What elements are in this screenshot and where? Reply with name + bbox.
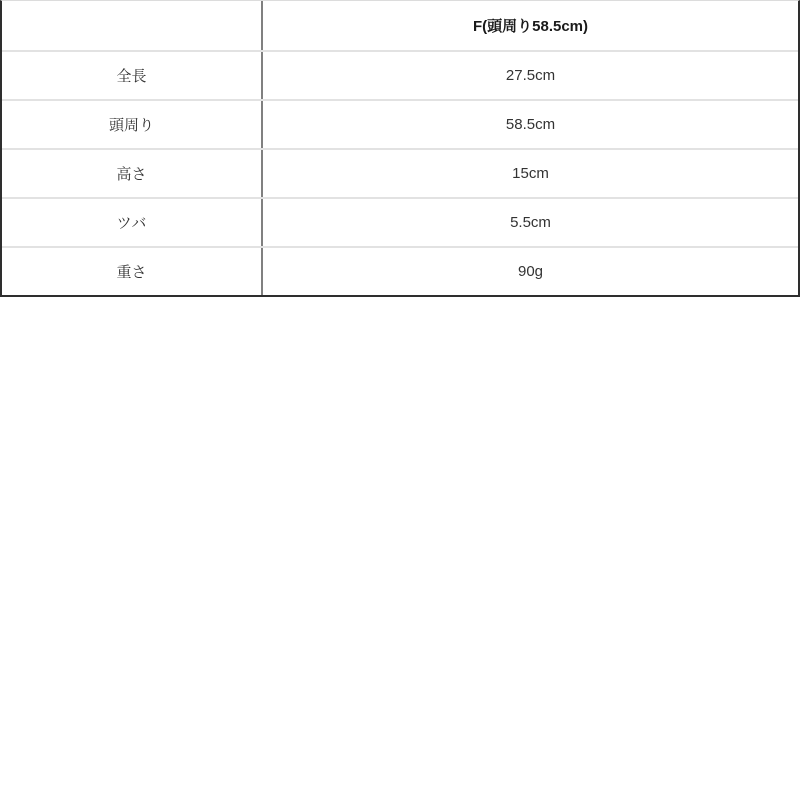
table-row: 重さ 90g — [2, 246, 798, 295]
row-value-cell: 5.5cm — [263, 199, 798, 246]
row-value-cell: 15cm — [263, 150, 798, 197]
row-value-cell: 58.5cm — [263, 101, 798, 148]
header-label-cell — [2, 1, 263, 50]
row-label-cell: 重さ — [2, 248, 263, 295]
row-label-cell: ツバ — [2, 199, 263, 246]
row-label-cell: 全長 — [2, 52, 263, 99]
table-header-row: F(頭周り58.5cm) — [2, 1, 798, 50]
table-row: 全長 27.5cm — [2, 50, 798, 99]
header-value-cell: F(頭周り58.5cm) — [263, 1, 798, 50]
table-row: 頭周り 58.5cm — [2, 99, 798, 148]
row-value-cell: 90g — [263, 248, 798, 295]
page: F(頭周り58.5cm) 全長 27.5cm 頭周り 58.5cm 高さ 15c… — [0, 0, 800, 800]
row-value-cell: 27.5cm — [263, 52, 798, 99]
row-label-cell: 頭周り — [2, 101, 263, 148]
row-label-cell: 高さ — [2, 150, 263, 197]
table-row: 高さ 15cm — [2, 148, 798, 197]
size-spec-table: F(頭周り58.5cm) 全長 27.5cm 頭周り 58.5cm 高さ 15c… — [0, 0, 800, 297]
table-row: ツバ 5.5cm — [2, 197, 798, 246]
